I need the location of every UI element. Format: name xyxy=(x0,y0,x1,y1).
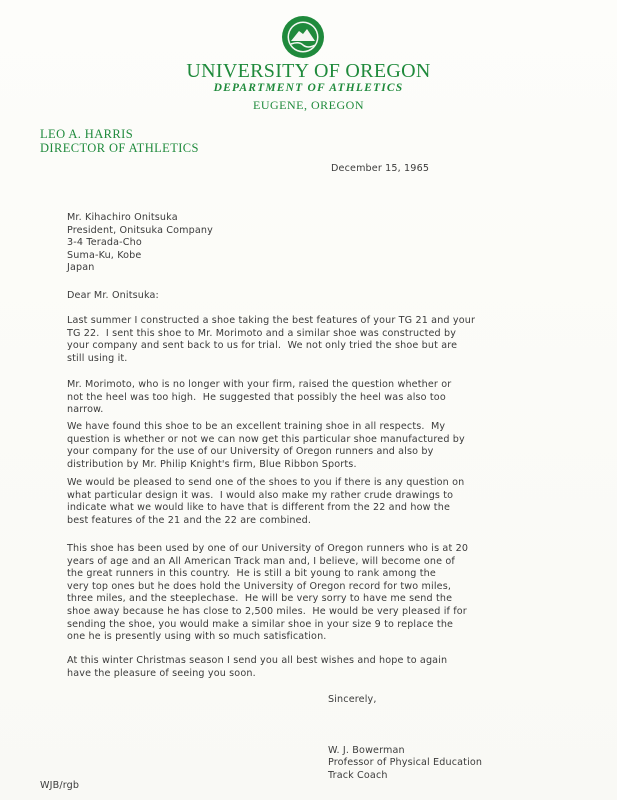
paragraph-line: We would be pleased to send one of the s… xyxy=(67,477,597,490)
address-line: Suma-Ku, Kobe xyxy=(67,250,213,263)
paragraph-line: TG 22. I sent this shoe to Mr. Morimoto … xyxy=(67,328,597,341)
letter-page: UNIVERSITY OF OREGON DEPARTMENT OF ATHLE… xyxy=(0,0,617,800)
paragraph-3: We have found this shoe to be an excelle… xyxy=(67,421,597,471)
closing: Sincerely, xyxy=(328,694,377,705)
signer-title: Professor of Physical Education xyxy=(328,757,482,769)
recipient-address: Mr. Kihachiro Onitsuka President, Onitsu… xyxy=(67,212,213,275)
director-block: LEO A. HARRIS DIRECTOR OF ATHLETICS xyxy=(40,127,199,155)
paragraph-line: question is whether or not we can now ge… xyxy=(67,434,597,447)
paragraph-line: very top ones but he does hold the Unive… xyxy=(67,581,597,594)
paragraph-line: At this winter Christmas season I send y… xyxy=(67,655,597,668)
paragraph-line: narrow. xyxy=(67,404,597,417)
signer-role: Track Coach xyxy=(328,770,482,782)
address-line: Mr. Kihachiro Onitsuka xyxy=(67,212,213,225)
paragraph-line: your company and sent back to us for tri… xyxy=(67,340,597,353)
address-line: Japan xyxy=(67,262,213,275)
paragraph-line: shoe away because he has close to 2,500 … xyxy=(67,606,597,619)
address-line: President, Onitsuka Company xyxy=(67,225,213,238)
department-name: DEPARTMENT OF ATHLETICS xyxy=(0,82,617,94)
paragraph-line: one he is presently using with so much s… xyxy=(67,631,597,644)
paragraph-line: the great runners in this country. He is… xyxy=(67,568,597,581)
paragraph-line: three miles, and the steeplechase. He wi… xyxy=(67,593,597,606)
paragraph-line: Last summer I constructed a shoe taking … xyxy=(67,315,597,328)
paragraph-line: your company for the use of our Universi… xyxy=(67,446,597,459)
address-line: 3-4 Terada-Cho xyxy=(67,237,213,250)
paragraph-line: sending the shoe, you would make a simil… xyxy=(67,619,597,632)
paragraph-line: distribution by Mr. Philip Knight's firm… xyxy=(67,459,597,472)
paragraph-line: best features of the 21 and the 22 are c… xyxy=(67,515,597,528)
paragraph-line: have the pleasure of seeing you soon. xyxy=(67,668,597,681)
paragraph-line: still using it. xyxy=(67,353,597,366)
director-name: LEO A. HARRIS xyxy=(40,127,199,141)
paragraph-line: what particular design it was. I would a… xyxy=(67,490,597,503)
institution-city: EUGENE, OREGON xyxy=(0,98,617,113)
signature-block: W. J. Bowerman Professor of Physical Edu… xyxy=(328,745,482,782)
paragraph-line: This shoe has been used by one of our Un… xyxy=(67,543,597,556)
paragraph-1: Last summer I constructed a shoe taking … xyxy=(67,315,597,365)
paragraph-line: We have found this shoe to be an excelle… xyxy=(67,421,597,434)
paragraph-line: Mr. Morimoto, who is no longer with your… xyxy=(67,379,597,392)
paragraph-line: indicate what we would like to have that… xyxy=(67,502,597,515)
paragraph-line: not the heel was too high. He suggested … xyxy=(67,392,597,405)
paragraph-5: This shoe has been used by one of our Un… xyxy=(67,543,597,644)
signer-name: W. J. Bowerman xyxy=(328,745,482,757)
university-seal-icon xyxy=(281,15,325,59)
letter-date: December 15, 1965 xyxy=(331,163,429,174)
paragraph-6: At this winter Christmas season I send y… xyxy=(67,655,597,680)
paragraph-4: We would be pleased to send one of the s… xyxy=(67,477,597,527)
paragraph-2: Mr. Morimoto, who is no longer with your… xyxy=(67,379,597,417)
director-title: DIRECTOR OF ATHLETICS xyxy=(40,141,199,155)
reference-initials: WJB/rgb xyxy=(40,780,79,791)
salutation: Dear Mr. Onitsuka: xyxy=(67,290,159,301)
institution-name: UNIVERSITY OF OREGON xyxy=(0,60,617,83)
paragraph-line: years of age and an All American Track m… xyxy=(67,556,597,569)
